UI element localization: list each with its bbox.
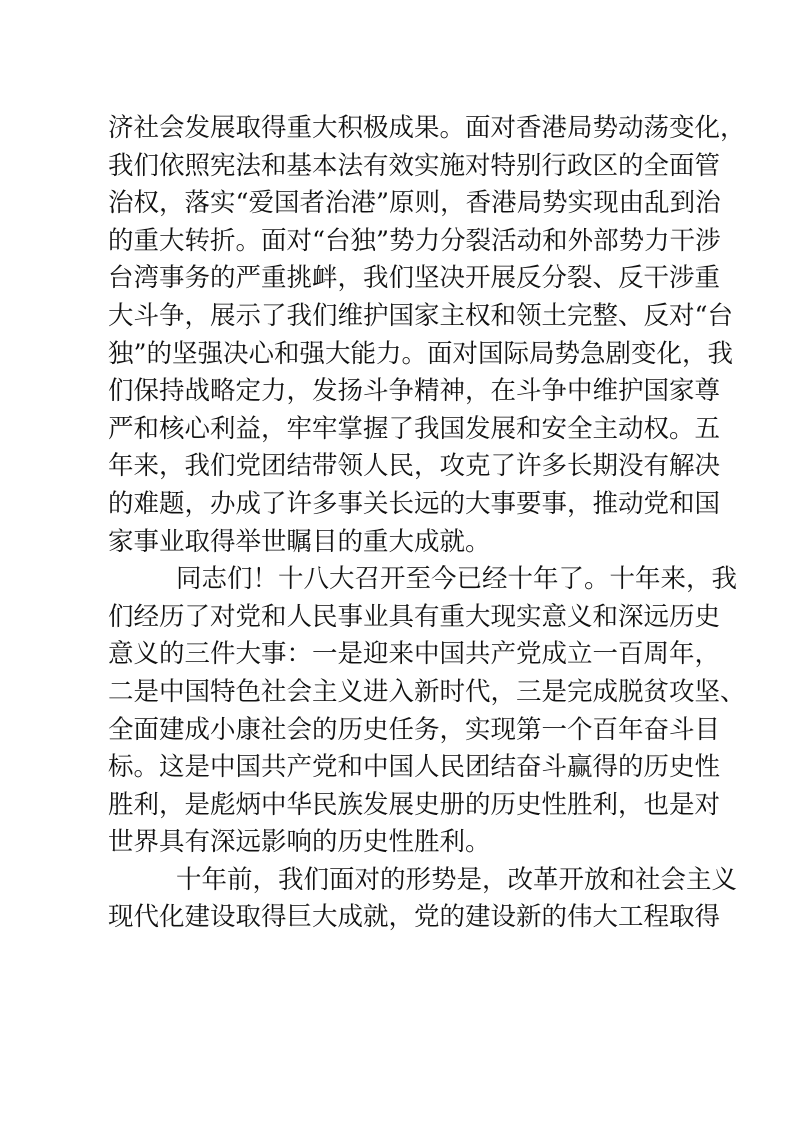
text-line: 台湾事务的严重挑衅，我们坚决开展反分裂、反干涉重 [108,260,690,298]
text-line: 家事业取得举世瞩目的重大成就。 [108,524,690,562]
text-line: 年来，我们党团结带领人民，攻克了许多长期没有解决 [108,448,690,486]
text-line: 的难题，办成了许多事关长远的大事要事，推动党和国 [108,486,690,524]
text-line: 独”的坚强决心和强大能力。面对国际局势急剧变化，我 [108,336,690,374]
paragraph-3: 十年前，我们面对的形势是，改革开放和社会主义 现代化建设取得巨大成就，党的建设新… [108,862,690,937]
paragraph-1: 济社会发展取得重大积极成果。面对香港局势动荡变化， 我们依照宪法和基本法有效实施… [108,110,690,561]
text-line: 全面建成小康社会的历史任务，实现第一个百年奋斗目 [108,712,690,750]
text-line: 们保持战略定力，发扬斗争精神，在斗争中维护国家尊 [108,373,690,411]
text-line: 我们依照宪法和基本法有效实施对特别行政区的全面管 [108,148,690,186]
text-line: 十年前，我们面对的形势是，改革开放和社会主义 [108,862,690,900]
text-line: 二是中国特色社会主义进入新时代，三是完成脱贫攻坚、 [108,674,690,712]
text-line: 的重大转折。面对“台独”势力分裂活动和外部势力干涉 [108,223,690,261]
text-line: 严和核心利益，牢牢掌握了我国发展和安全主动权。五 [108,411,690,449]
text-line: 大斗争，展示了我们维护国家主权和领土完整、反对“台 [108,298,690,336]
text-line: 治权，落实“爱国者治港”原则，香港局势实现由乱到治 [108,185,690,223]
text-line: 同志们！十八大召开至今已经十年了。十年来，我 [108,561,690,599]
text-line: 胜利，是彪炳中华民族发展史册的历史性胜利，也是对 [108,787,690,825]
document-page: 济社会发展取得重大积极成果。面对香港局势动荡变化， 我们依照宪法和基本法有效实施… [108,110,690,937]
text-line: 标。这是中国共产党和中国人民团结奋斗赢得的历史性 [108,749,690,787]
paragraph-2: 同志们！十八大召开至今已经十年了。十年来，我 们经历了对党和人民事业具有重大现实… [108,561,690,862]
text-line: 济社会发展取得重大积极成果。面对香港局势动荡变化， [108,110,690,148]
text-line: 现代化建设取得巨大成就，党的建设新的伟大工程取得 [108,899,690,937]
text-line: 意义的三件大事：一是迎来中国共产党成立一百周年， [108,636,690,674]
text-line: 们经历了对党和人民事业具有重大现实意义和深远历史 [108,599,690,637]
text-line: 世界具有深远影响的历史性胜利。 [108,824,690,862]
